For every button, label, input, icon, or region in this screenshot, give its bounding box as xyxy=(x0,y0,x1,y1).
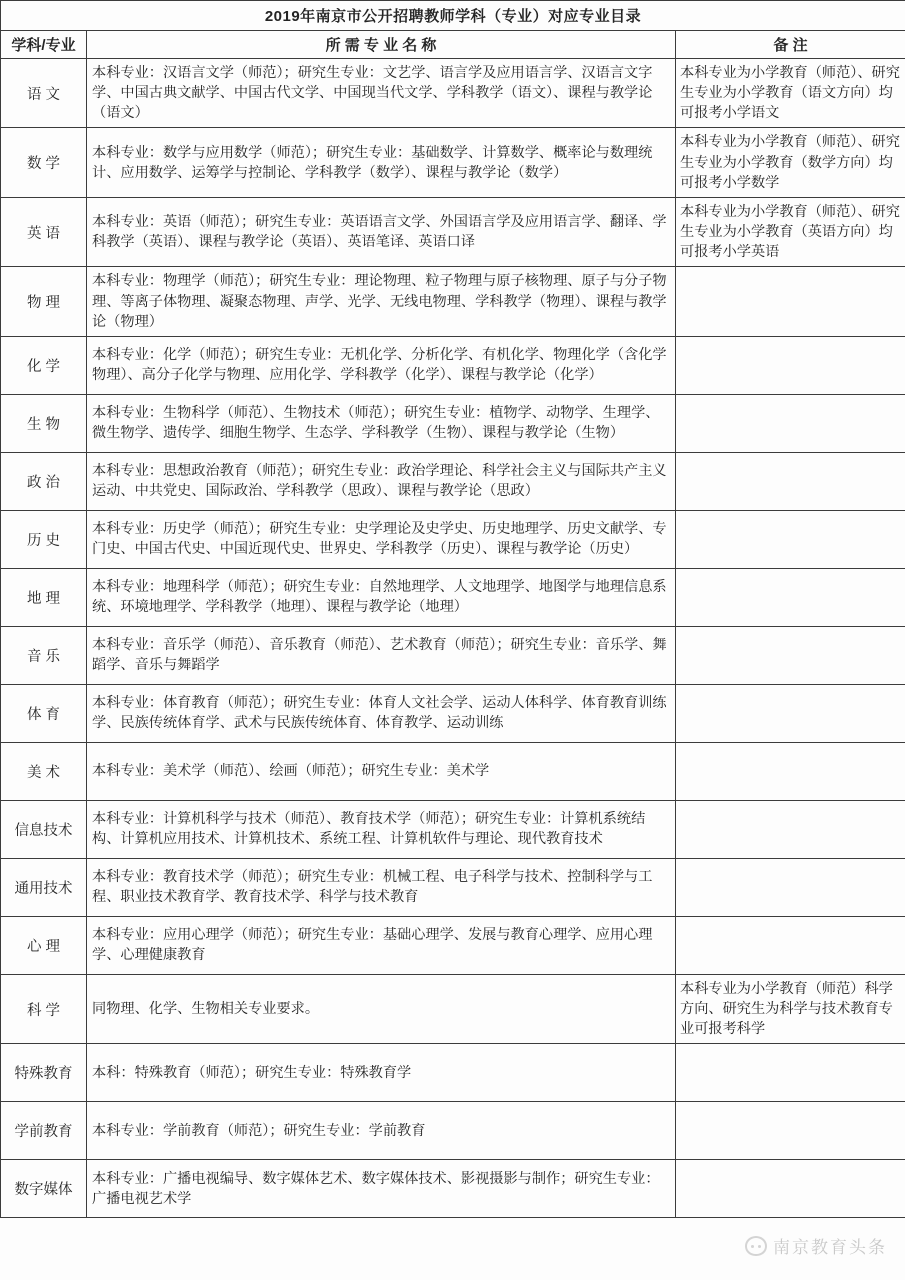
table-row: 物 理 本科专业：物理学（师范）；研究生专业：理论物理、粒子物理与原子核物理、原… xyxy=(1,267,905,336)
remark-cell xyxy=(676,510,905,568)
table-row: 历 史 本科专业：历史学（师范）；研究生专业：史学理论及史学史、历史地理学、历史… xyxy=(1,510,905,568)
majors-cell: 本科专业：体育教育（师范）；研究生专业：体育人文社会学、运动人体科学、体育教育训… xyxy=(87,684,676,742)
subject-cell: 数字媒体 xyxy=(1,1160,87,1218)
table-row: 数 学 本科专业：数学与应用数学（师范）；研究生专业：基础数学、计算数学、概率论… xyxy=(1,128,905,197)
table-row: 科 学 同物理、化学、生物相关专业要求。 本科专业为小学教育（师范）科学方向、研… xyxy=(1,974,905,1043)
subject-cell: 音 乐 xyxy=(1,626,87,684)
majors-cell: 本科专业：思想政治教育（师范）；研究生专业：政治学理论、科学社会主义与国际共产主… xyxy=(87,452,676,510)
watermark-logo-icon xyxy=(745,1236,767,1256)
subject-cell: 科 学 xyxy=(1,974,87,1043)
subject-cell: 学前教育 xyxy=(1,1102,87,1160)
remark-cell: 本科专业为小学教育（师范）科学方向、研究生为科学与技术教育专业可报考科学 xyxy=(676,974,905,1043)
table-body: 语 文 本科专业：汉语言文学（师范）；研究生专业：文艺学、语言学及应用语言学、汉… xyxy=(1,59,905,1218)
remark-cell xyxy=(676,742,905,800)
remark-cell: 本科专业为小学教育（师范）、研究生专业为小学教育（语文方向）均可报考小学语文 xyxy=(676,59,905,128)
table-row: 特殊教育 本科：特殊教育（师范）；研究生专业：特殊教育学 xyxy=(1,1044,905,1102)
majors-cell: 本科专业：广播电视编导、数字媒体艺术、数字媒体技术、影视摄影与制作；研究生专业：… xyxy=(87,1160,676,1218)
column-header-remark: 备 注 xyxy=(676,31,905,59)
table-row: 体 育 本科专业：体育教育（师范）；研究生专业：体育人文社会学、运动人体科学、体… xyxy=(1,684,905,742)
remark-cell xyxy=(676,394,905,452)
majors-cell: 本科专业：数学与应用数学（师范）；研究生专业：基础数学、计算数学、概率论与数理统… xyxy=(87,128,676,197)
remark-cell xyxy=(676,336,905,394)
column-header-majors: 所 需 专 业 名 称 xyxy=(87,31,676,59)
major-catalog-table: 2019年南京市公开招聘教师学科（专业）对应专业目录 学科/专业 所 需 专 业… xyxy=(0,0,905,1218)
watermark: 南京教育头条 xyxy=(745,1233,887,1258)
remark-cell xyxy=(676,452,905,510)
subject-cell: 物 理 xyxy=(1,267,87,336)
remark-cell xyxy=(676,1044,905,1102)
majors-cell: 本科：特殊教育（师范）；研究生专业：特殊教育学 xyxy=(87,1044,676,1102)
table-row: 数字媒体 本科专业：广播电视编导、数字媒体艺术、数字媒体技术、影视摄影与制作；研… xyxy=(1,1160,905,1218)
table-row: 化 学 本科专业：化学（师范）；研究生专业：无机化学、分析化学、有机化学、物理化… xyxy=(1,336,905,394)
subject-cell: 心 理 xyxy=(1,916,87,974)
subject-cell: 美 术 xyxy=(1,742,87,800)
remark-cell: 本科专业为小学教育（师范）、研究生专业为小学教育（数学方向）均可报考小学数学 xyxy=(676,128,905,197)
table-row: 信息技术 本科专业：计算机科学与技术（师范）、教育技术学（师范）；研究生专业：计… xyxy=(1,800,905,858)
document-page: 2019年南京市公开招聘教师学科（专业）对应专业目录 学科/专业 所 需 专 业… xyxy=(0,0,905,1280)
page-title: 2019年南京市公开招聘教师学科（专业）对应专业目录 xyxy=(1,1,905,31)
remark-cell xyxy=(676,626,905,684)
table-row: 语 文 本科专业：汉语言文学（师范）；研究生专业：文艺学、语言学及应用语言学、汉… xyxy=(1,59,905,128)
subject-cell: 特殊教育 xyxy=(1,1044,87,1102)
subject-cell: 生 物 xyxy=(1,394,87,452)
remark-cell: 本科专业为小学教育（师范）、研究生专业为小学教育（英语方向）均可报考小学英语 xyxy=(676,197,905,266)
majors-cell: 本科专业：生物科学（师范）、生物技术（师范）；研究生专业：植物学、动物学、生理学… xyxy=(87,394,676,452)
subject-cell: 英 语 xyxy=(1,197,87,266)
subject-cell: 语 文 xyxy=(1,59,87,128)
watermark-text: 南京教育头条 xyxy=(773,1233,887,1258)
table-row: 心 理 本科专业：应用心理学（师范）；研究生专业：基础心理学、发展与教育心理学、… xyxy=(1,916,905,974)
title-row: 2019年南京市公开招聘教师学科（专业）对应专业目录 xyxy=(1,1,905,31)
table-row: 英 语 本科专业：英语（师范）；研究生专业：英语语言文学、外国语言学及应用语言学… xyxy=(1,197,905,266)
majors-cell: 本科专业：英语（师范）；研究生专业：英语语言文学、外国语言学及应用语言学、翻译、… xyxy=(87,197,676,266)
subject-cell: 历 史 xyxy=(1,510,87,568)
majors-cell: 本科专业：教育技术学（师范）；研究生专业：机械工程、电子科学与技术、控制科学与工… xyxy=(87,858,676,916)
column-header-subject: 学科/专业 xyxy=(1,31,87,59)
majors-cell: 本科专业：学前教育（师范）；研究生专业：学前教育 xyxy=(87,1102,676,1160)
majors-cell: 本科专业：音乐学（师范）、音乐教育（师范）、艺术教育（师范）；研究生专业：音乐学… xyxy=(87,626,676,684)
remark-cell xyxy=(676,800,905,858)
subject-cell: 政 治 xyxy=(1,452,87,510)
majors-cell: 本科专业：应用心理学（师范）；研究生专业：基础心理学、发展与教育心理学、应用心理… xyxy=(87,916,676,974)
majors-cell: 本科专业：地理科学（师范）；研究生专业：自然地理学、人文地理学、地图学与地理信息… xyxy=(87,568,676,626)
subject-cell: 地 理 xyxy=(1,568,87,626)
majors-cell: 本科专业：物理学（师范）；研究生专业：理论物理、粒子物理与原子核物理、原子与分子… xyxy=(87,267,676,336)
majors-cell: 同物理、化学、生物相关专业要求。 xyxy=(87,974,676,1043)
table-row: 地 理 本科专业：地理科学（师范）；研究生专业：自然地理学、人文地理学、地图学与… xyxy=(1,568,905,626)
table-row: 通用技术 本科专业：教育技术学（师范）；研究生专业：机械工程、电子科学与技术、控… xyxy=(1,858,905,916)
majors-cell: 本科专业：历史学（师范）；研究生专业：史学理论及史学史、历史地理学、历史文献学、… xyxy=(87,510,676,568)
majors-cell: 本科专业：美术学（师范）、绘画（师范）；研究生专业：美术学 xyxy=(87,742,676,800)
table-row: 生 物 本科专业：生物科学（师范）、生物技术（师范）；研究生专业：植物学、动物学… xyxy=(1,394,905,452)
majors-cell: 本科专业：化学（师范）；研究生专业：无机化学、分析化学、有机化学、物理化学（含化… xyxy=(87,336,676,394)
remark-cell xyxy=(676,684,905,742)
table-row: 政 治 本科专业：思想政治教育（师范）；研究生专业：政治学理论、科学社会主义与国… xyxy=(1,452,905,510)
remark-cell xyxy=(676,568,905,626)
subject-cell: 化 学 xyxy=(1,336,87,394)
majors-cell: 本科专业：计算机科学与技术（师范）、教育技术学（师范）；研究生专业：计算机系统结… xyxy=(87,800,676,858)
remark-cell xyxy=(676,267,905,336)
table-row: 美 术 本科专业：美术学（师范）、绘画（师范）；研究生专业：美术学 xyxy=(1,742,905,800)
table-row: 学前教育 本科专业：学前教育（师范）；研究生专业：学前教育 xyxy=(1,1102,905,1160)
table-row: 音 乐 本科专业：音乐学（师范）、音乐教育（师范）、艺术教育（师范）；研究生专业… xyxy=(1,626,905,684)
header-row: 学科/专业 所 需 专 业 名 称 备 注 xyxy=(1,31,905,59)
majors-cell: 本科专业：汉语言文学（师范）；研究生专业：文艺学、语言学及应用语言学、汉语言文字… xyxy=(87,59,676,128)
remark-cell xyxy=(676,858,905,916)
remark-cell xyxy=(676,916,905,974)
subject-cell: 数 学 xyxy=(1,128,87,197)
remark-cell xyxy=(676,1160,905,1218)
remark-cell xyxy=(676,1102,905,1160)
subject-cell: 通用技术 xyxy=(1,858,87,916)
subject-cell: 体 育 xyxy=(1,684,87,742)
subject-cell: 信息技术 xyxy=(1,800,87,858)
